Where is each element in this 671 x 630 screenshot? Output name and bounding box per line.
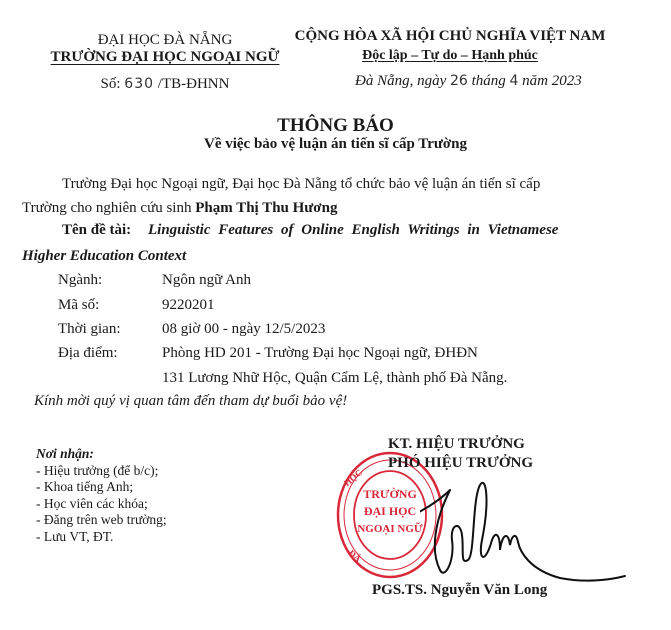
document-title: THÔNG BÁO [0,115,671,137]
signatory-title-1: KT. HIỆU TRƯỞNG [388,436,525,453]
parent-organization: ĐẠI HỌC ĐÀ NẴNG [60,32,270,49]
motto-text: Độc lập – Tự do – Hạnh phúc [362,48,538,63]
national-motto: Độc lập – Tự do – Hạnh phúc [285,48,615,64]
recipient-item: - Lưu VT, ĐT. [36,529,167,546]
intro-line-1: Trường Đại học Ngoại ngữ, Đại học Đà Nẵn… [62,176,540,193]
stamp-ring-top: HỌC [342,467,364,488]
location-value: Phòng HD 201 - Trường Đại học Ngoại ngữ,… [162,345,478,362]
number-suffix: /TB-ĐHNN [154,76,229,92]
topic-title-line-2: Higher Education Context [22,248,186,265]
organization-name: TRƯỜNG ĐẠI HỌC NGOẠI NGỮ [40,49,290,66]
topic-title-line-1: Linguistic Features of Online English Wr… [148,222,558,239]
invitation-text: Kính mời quý vị quan tâm đến tham dự buổ… [34,393,347,410]
stamp-line-1: TRƯỜNG [363,487,417,501]
recipients-heading: Nơi nhận: [36,446,167,463]
intro-line-2: Trường cho nghiên cứu sinh Phạm Thị Thu … [22,200,337,217]
signatory-name: PGS.TS. Nguyễn Văn Long [372,582,547,599]
handwritten-signature [420,480,630,590]
code-label: Mã số: [58,297,99,314]
date-prefix: Đà Nẵng, ngày [355,73,450,89]
country-heading: CỘNG HÒA XÃ HỘI CHỦ NGHĨA VIỆT NAM [285,28,615,45]
address-value: 131 Lương Nhữ Hộc, Quận Cẩm Lệ, thành ph… [162,370,507,387]
date-year: năm 2023 [518,73,581,89]
stamp-line-3: NGOẠI NGỮ [357,522,423,535]
recipient-item: - Khoa tiếng Anh; [36,479,167,496]
date-month-prefix: tháng [468,73,510,89]
topic-label: Tên đề tài: [62,222,131,239]
recipient-item: - Đăng trên web trường; [36,512,167,529]
major-label: Ngành: [58,272,102,289]
date-day-handwritten: 26 [450,73,468,89]
major-value: Ngôn ngữ Anh [162,272,251,289]
organization-text: TRƯỜNG ĐẠI HỌC NGOẠI NGỮ [51,49,280,65]
stamp-line-2: ĐẠI HỌC [364,504,416,518]
document-number: Số: 630 /TB-ĐHNN [60,76,270,93]
location-label: Địa điểm: [58,345,118,362]
time-label: Thời gian: [58,321,121,338]
recipient-item: - Học viên các khóa; [36,496,167,513]
recipients-list: Nơi nhận: - Hiệu trưởng (để b/c); - Khoa… [36,446,167,545]
document-subtitle: Về việc bảo vệ luận án tiến sĩ cấp Trườn… [0,136,671,153]
intro-line-2-prefix: Trường cho nghiên cứu sinh [22,200,195,216]
code-value: 9220201 [162,297,215,314]
candidate-name: Phạm Thị Thu Hương [195,200,337,216]
number-prefix: Số: [101,76,125,92]
signatory-title-2: PHÓ HIỆU TRƯỞNG [388,455,533,472]
stamp-ring-bottom: ĐÀ [347,548,364,564]
recipient-item: - Hiệu trưởng (để b/c); [36,463,167,480]
number-handwritten: 630 [124,76,154,92]
time-value: 08 giờ 00 - ngày 12/5/2023 [162,321,325,338]
document-date: Đà Nẵng, ngày 26 tháng 4 năm 2023 [355,73,582,90]
